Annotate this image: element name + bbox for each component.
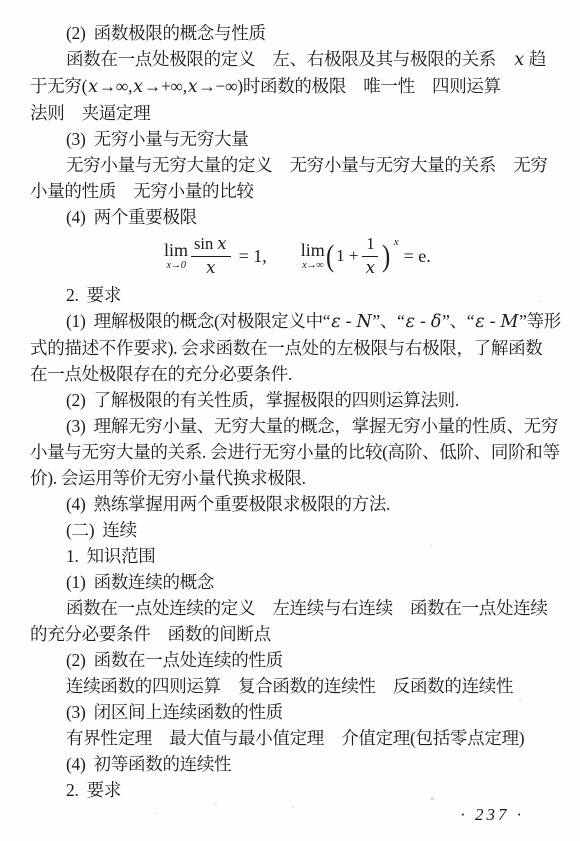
math-var: x xyxy=(87,77,99,97)
text-segment: (2) 函数极限的概念与性质 xyxy=(66,23,266,43)
text-segment: →−∞)时函数的极限 唯一性 四则运算 xyxy=(198,76,500,96)
fraction-denominator: x xyxy=(362,256,378,277)
text-segment: 在一点处极限存在的充分必要条件. xyxy=(30,364,292,384)
text-line-10: 2. 要求 xyxy=(30,282,558,308)
limit-operator: lim x→0 xyxy=(164,241,188,272)
text-line-7: 小量的性质 无穷小量的比较 xyxy=(30,178,558,204)
text-line-18: (4) 熟练掌握用两个重要极限求极限的方法. xyxy=(30,491,558,517)
text-segment: (4) 熟练掌握用两个重要极限求极限的方法. xyxy=(66,494,390,514)
formula-block: lim x→0 sinx x = 1, lim x→∞ ( 1 + 1 x ) … xyxy=(30,230,558,282)
page: (2) 函数极限的概念与性质函数在一点处极限的定义 左、右极限及其与极限的关系 … xyxy=(0,0,580,841)
fraction-denominator: x xyxy=(191,256,231,277)
page-number: · 237 · xyxy=(461,805,525,825)
text-line-8: (4) 两个重要极限 xyxy=(30,204,558,230)
text-line-11: (1) 理解极限的概念(对极限定义中“ε - N”、“ε - δ”、“ε - M… xyxy=(30,308,558,335)
text-segment: (3) 无穷小量与无穷大量 xyxy=(66,129,248,149)
text-segment: (4) 初等函数的连续性 xyxy=(66,754,231,774)
lim-subscript: x→∞ xyxy=(302,261,323,272)
text-segment: (2) 了解极限的有关性质，掌握极限的四则运算法则. xyxy=(66,390,459,410)
text-segment: 小量的性质 无穷小量的比较 xyxy=(30,181,254,201)
lim-label: lim xyxy=(164,241,188,259)
text-segment: 于无穷( xyxy=(30,76,87,96)
text-line-13: 在一点处极限存在的充分必要条件. xyxy=(30,361,558,387)
text-line-19: (二) 连续 xyxy=(30,517,558,543)
text-line-17: 价). 会运用等价无穷小量代换求极限. xyxy=(30,465,558,491)
text-segment: 小量与无穷大量的关系. 会进行无穷小量的比较(高阶、低阶、同阶和等 xyxy=(30,442,560,462)
fraction: sinx x xyxy=(191,236,231,276)
text-segment: 有界性定理 最大值与最小值定理 介值定理(包括零点定理) xyxy=(66,728,524,748)
fraction-numerator: 1 xyxy=(363,236,377,256)
text-line-15: (3) 理解无穷小量、无穷大量的概念，掌握无穷小量的性质、无穷 xyxy=(30,413,558,439)
scan-noise xyxy=(0,0,1,1)
text-line-1: (2) 函数极限的概念与性质 xyxy=(30,20,558,46)
limit-operator: lim x→∞ xyxy=(301,241,325,272)
text-segment: 2. 要求 xyxy=(66,780,121,800)
text-segment: ”、“ xyxy=(442,311,474,331)
text-line-5: (3) 无穷小量与无穷大量 xyxy=(30,126,558,152)
text-line-12: 式的描述不作要求). 会求函数在一点处的左极限与右极限，了解函数 xyxy=(30,335,558,361)
math-var-x: x xyxy=(216,234,227,253)
formula-first-important-limit: lim x→0 sinx x = 1, xyxy=(164,236,267,276)
text-segment: 1. 知识范围 xyxy=(66,546,155,566)
text-segment: (1) 理解极限的概念(对极限定义中“ xyxy=(66,311,330,331)
math-var: ε - M xyxy=(474,312,519,332)
text-segment: 无穷小量与无穷大量的定义 无穷小量与无穷大量的关系 无穷 xyxy=(66,155,548,175)
sin-function-label: sin xyxy=(194,234,213,253)
text-line-26: (3) 闭区间上连续函数的性质 xyxy=(30,699,558,725)
text-line-23: 的充分必要条件 函数的间断点 xyxy=(30,621,558,647)
text-line-27: 有界性定理 最大值与最小值定理 介值定理(包括零点定理) xyxy=(30,725,558,751)
text-line-21: (1) 函数连续的概念 xyxy=(30,569,558,595)
math-var: x xyxy=(132,77,144,97)
text-line-14: (2) 了解极限的有关性质，掌握极限的四则运算法则. xyxy=(30,387,558,413)
math-var: ε - N xyxy=(330,312,372,332)
one-plus-term: 1 + xyxy=(336,246,358,266)
text-segment: →∞, xyxy=(99,76,132,96)
text-segment: (二) 连续 xyxy=(66,520,137,540)
text-line-28: (4) 初等函数的连续性 xyxy=(30,751,558,777)
text-segment: 式的描述不作要求). 会求函数在一点处的左极限与右极限，了解函数 xyxy=(30,338,542,358)
fraction: 1 x xyxy=(362,236,378,276)
text-line-2: 函数在一点处极限的定义 左、右极限及其与极限的关系 x 趋 xyxy=(30,46,558,73)
text-segment: 趋 xyxy=(525,49,546,69)
text-line-6: 无穷小量与无穷大量的定义 无穷小量与无穷大量的关系 无穷 xyxy=(30,152,558,178)
text-segment: 价). 会运用等价无穷小量代换求极限. xyxy=(30,468,306,488)
math-var: x xyxy=(187,77,199,97)
left-paren: ( xyxy=(326,242,334,270)
text-segment: 法则 夹逼定理 xyxy=(30,103,150,123)
math-var: x xyxy=(513,50,525,70)
text-segment: →+∞, xyxy=(144,76,187,96)
text-line-4: 法则 夹逼定理 xyxy=(30,100,558,126)
text-segment: (1) 函数连续的概念 xyxy=(66,572,214,592)
text-segment: (3) 闭区间上连续函数的性质 xyxy=(66,702,283,722)
text-segment: (3) 理解无穷小量、无穷大量的概念，掌握无穷小量的性质、无穷 xyxy=(66,416,558,436)
right-paren: ) xyxy=(382,242,390,270)
lim-subscript: x→0 xyxy=(167,261,186,272)
text-line-16: 小量与无穷大量的关系. 会进行无穷小量的比较(高阶、低阶、同阶和等 xyxy=(30,439,558,465)
text-segment: (4) 两个重要极限 xyxy=(66,207,197,227)
text-segment: ”、“ xyxy=(373,311,405,331)
document-lines: (2) 函数极限的概念与性质函数在一点处极限的定义 左、右极限及其与极限的关系 … xyxy=(30,20,558,803)
text-segment: 的充分必要条件 函数的间断点 xyxy=(30,624,271,644)
text-segment: 2. 要求 xyxy=(66,285,121,305)
equals-value: = e. xyxy=(404,246,431,267)
text-segment: 函数在一点处连续的定义 左连续与右连续 函数在一点处连续 xyxy=(66,598,548,618)
text-line-24: (2) 函数在一点处连续的性质 xyxy=(30,647,558,673)
lim-label: lim xyxy=(301,241,325,259)
fraction-numerator: sinx xyxy=(191,236,231,256)
exponent-var-x: x xyxy=(394,236,399,248)
text-segment: (2) 函数在一点处连续的性质 xyxy=(66,650,283,670)
text-line-29: 2. 要求 xyxy=(30,777,558,803)
text-segment: ”等形 xyxy=(519,311,561,331)
formula-second-important-limit: lim x→∞ ( 1 + 1 x ) x = e. xyxy=(301,236,431,276)
text-line-22: 函数在一点处连续的定义 左连续与右连续 函数在一点处连续 xyxy=(30,595,558,621)
text-line-3: 于无穷(x→∞,x→+∞,x→−∞)时函数的极限 唯一性 四则运算 xyxy=(30,73,558,100)
text-segment: 连续函数的四则运算 复合函数的连续性 反函数的连续性 xyxy=(66,676,513,696)
equals-value: = 1, xyxy=(239,246,267,267)
text-segment: 函数在一点处极限的定义 左、右极限及其与极限的关系 xyxy=(66,49,513,69)
text-line-25: 连续函数的四则运算 复合函数的连续性 反函数的连续性 xyxy=(30,673,558,699)
text-line-20: 1. 知识范围 xyxy=(30,543,558,569)
math-var: ε - δ xyxy=(405,312,442,332)
